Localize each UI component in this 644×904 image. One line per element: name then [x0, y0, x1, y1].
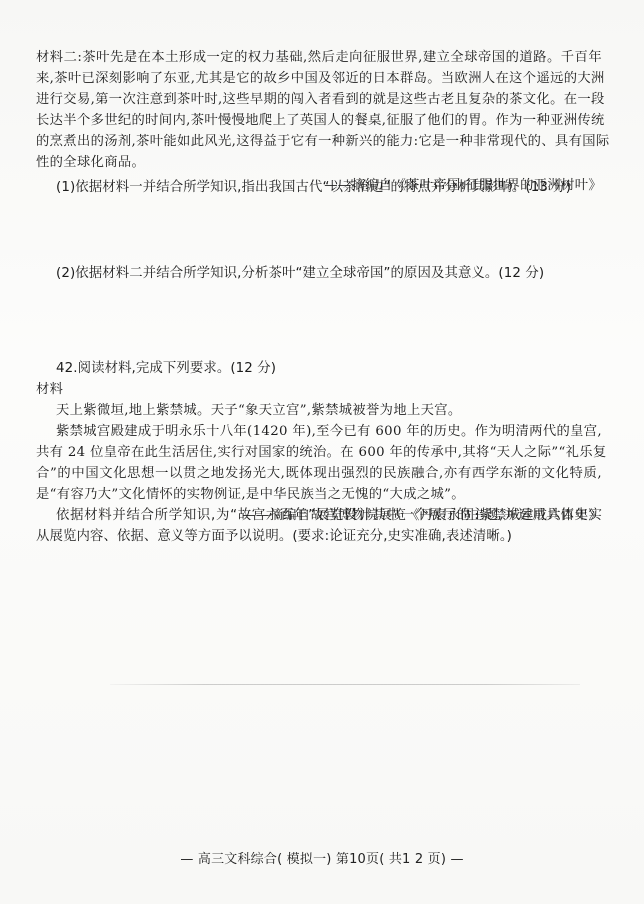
question-text: (2)依据材料二并结合所学知识,分析茶叶“建立全球帝国”的原因及其意义。(12 … [56, 263, 602, 284]
material-line: 紫禁城宫殿建成于明永乐十八年(1420 年),至今已有 600 年的历史。作为明… [36, 421, 602, 442]
question-42-title: 42.阅读材料,完成下列要求。(12 分) [56, 358, 602, 379]
material-two-line: 性的全球化商品。 [36, 152, 602, 173]
material-line: 是“有容乃大”文化情怀的实物例证,是中华民族当之无愧的“大成之城”。 [36, 484, 602, 505]
material-two: 材料二:茶叶先是在本土形成一定的权力基础,然后走向征服世界,建立全球帝国的道路。… [36, 47, 602, 196]
page-footer: — 高三文科综合( 模拟一) 第10页( 共1 2 页) — [0, 848, 644, 867]
question-42-material: 材料 天上紫微垣,地上紫禁城。天子“象天立宫”,紫禁城被誉为地上天宫。 紫禁城宫… [36, 379, 602, 526]
material-two-line: 的烹煮出的汤剂,茶叶能如此风光,这得益于它有一种新兴的能力:它是一种非常现代的、… [36, 131, 602, 152]
question-title: 42.阅读材料,完成下列要求。(12 分) [56, 358, 602, 379]
material-line: 天上紫微垣,地上紫禁城。天子“象天立宫”,紫禁城被誉为地上天宫。 [36, 400, 602, 421]
faint-divider-line [110, 684, 580, 685]
question-41-part-2: (2)依据材料二并结合所学知识,分析茶叶“建立全球帝国”的原因及其意义。(12 … [56, 263, 602, 284]
material-label: 材料 [36, 379, 602, 400]
question-42-task: 依据材料并结合所学知识,为“故宫六百年”展览设计其中一个展厅的主题,并运用具体史… [36, 505, 602, 547]
material-two-line: 材料二:茶叶先是在本土形成一定的权力基础,然后走向征服世界,建立全球帝国的道路。… [36, 47, 602, 68]
task-line: 依据材料并结合所学知识,为“故宫六百年”展览设计其中一个展厅的主题,并运用具体史… [36, 505, 602, 526]
question-text: (1)依据材料一并结合所学知识,指出我国古代“以茶治边”的特点并分析其影响。(1… [56, 177, 602, 198]
material-line: 共有 24 位皇帝在此生活居住,实行对国家的统治。在 600 年的传承中,其将“… [36, 442, 602, 463]
material-two-line: 进行交易,第一次注意到茶叶时,这些早期的闯入者看到的就是这些古老且复杂的茶文化。… [36, 89, 602, 110]
task-line: 从展览内容、依据、意义等方面予以说明。(要求:论证充分,史实准确,表述清晰。) [36, 526, 602, 547]
question-41-part-1: (1)依据材料一并结合所学知识,指出我国古代“以茶治边”的特点并分析其影响。(1… [56, 177, 602, 198]
material-two-line: 来,茶叶已深刻影响了东亚,尤其是它的故乡中国及邻近的日本群岛。当欧洲人在这个遥远… [36, 68, 602, 89]
material-two-line: 长达半个多世纪的时间内,茶叶慢慢地爬上了英国人的餐桌,征服了他们的胃。作为一种亚… [36, 110, 602, 131]
material-line: 合”的中国文化思想一以贯之地发扬光大,既体现出强烈的民族融合,亦有西学东渐的文化… [36, 463, 602, 484]
exam-page: 材料二:茶叶先是在本土形成一定的权力基础,然后走向征服世界,建立全球帝国的道路。… [0, 0, 644, 904]
